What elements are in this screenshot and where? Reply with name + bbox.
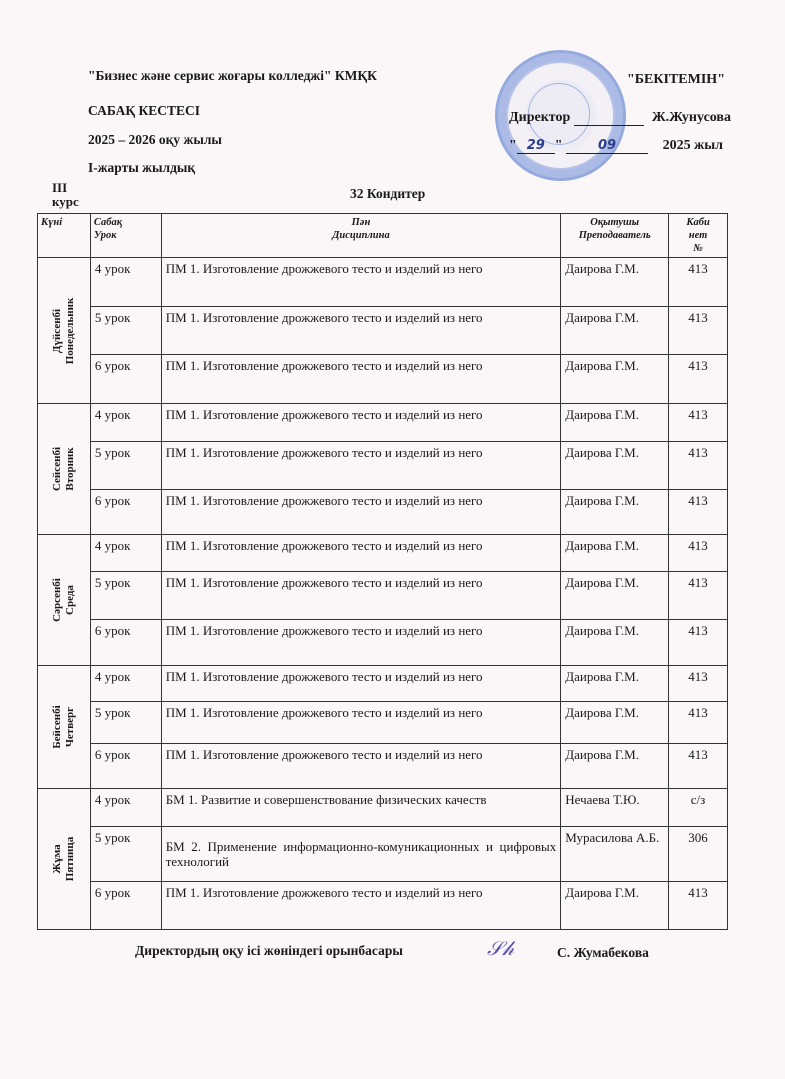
semester: І-жарты жылдық [88,160,195,176]
room-cell: 306 [669,827,728,882]
subject-cell: ПМ 1. Изготовление дрожжевого тесто и из… [161,666,561,702]
table-row: 6 урокПМ 1. Изготовление дрожжевого тест… [38,744,728,789]
teacher-cell: Даирова Г.М. [561,572,669,620]
day-label: СейсенбіВторник [51,447,77,491]
subject-cell: БМ 1. Развитие и совершенствование физич… [161,789,561,827]
day-cell: ЖұмаПятница [38,789,91,930]
room-cell: 413 [669,442,728,490]
college-name: "Бизнес және сервис жоғары колледжі" КМҚ… [88,68,377,84]
teacher-cell: Даирова Г.М. [561,702,669,744]
director-name: Ж.Жунусова [652,110,731,126]
schedule-table: Күні СабақУрок ПәнДисциплина ОқытушыПреп… [37,213,728,930]
day-label: БейсенбіЧетверг [51,705,77,748]
teacher-cell: Даирова Г.М. [561,744,669,789]
approval-month: 09 [566,138,648,154]
subject-cell: ПМ 1. Изготовление дрожжевого тесто и из… [161,355,561,404]
teacher-cell: Даирова Г.М. [561,258,669,307]
subject-cell: ПМ 1. Изготовление дрожжевого тесто и из… [161,744,561,789]
subject-cell: ПМ 1. Изготовление дрожжевого тесто и из… [161,442,561,490]
room-cell: 413 [669,404,728,442]
col-lesson: СабақУрок [90,214,161,258]
room-cell: 413 [669,572,728,620]
day-label: СәрсенбіСреда [51,578,77,622]
subject-cell: ПМ 1. Изготовление дрожжевого тесто и из… [161,258,561,307]
room-cell: 413 [669,882,728,930]
lesson-number-cell: 6 урок [90,355,161,404]
teacher-cell: Даирова Г.М. [561,535,669,572]
approval-date: "29" 09 2025 жыл [509,138,723,154]
day-cell: БейсенбіЧетверг [38,666,91,789]
teacher-cell: Даирова Г.М. [561,620,669,666]
approval-year: 2025 жыл [663,138,723,154]
document-title: САБАҚ КЕСТЕСІ [88,103,200,119]
day-cell: СейсенбіВторник [38,404,91,535]
table-row: 6 урокПМ 1. Изготовление дрожжевого тест… [38,882,728,930]
quote-close: " [555,138,563,153]
day-label: ДүйсенбіПонедельник [51,297,77,364]
lesson-number-cell: 5 урок [90,572,161,620]
table-row: 6 урокПМ 1. Изготовление дрожжевого тест… [38,490,728,535]
lesson-number-cell: 6 урок [90,490,161,535]
quote-open: " [509,138,517,153]
lesson-number-cell: 4 урок [90,666,161,702]
director-label: Директор [509,110,570,125]
subject-cell: ПМ 1. Изготовление дрожжевого тесто и из… [161,882,561,930]
subject-cell: ПМ 1. Изготовление дрожжевого тесто и из… [161,535,561,572]
director-signature-line: Директор Ж.Жунусова [509,110,731,126]
footer-role: Директордың оқу ісі жөніндегі орынбасары [135,943,403,959]
lesson-number-cell: 4 урок [90,258,161,307]
lesson-number-cell: 4 урок [90,404,161,442]
subject-cell: БМ 2. Применение информационно-комуникац… [161,827,561,882]
teacher-cell: Даирова Г.М. [561,355,669,404]
academic-year: 2025 – 2026 оқу жылы [88,132,222,148]
lesson-number-cell: 6 урок [90,882,161,930]
approval-day: 29 [517,138,555,154]
table-row: 5 урокПМ 1. Изготовление дрожжевого тест… [38,442,728,490]
group-name: 32 Кондитер [350,186,425,202]
approval-title: "БЕКІТЕМІН" [627,72,725,88]
room-cell: 413 [669,535,728,572]
teacher-cell: Даирова Г.М. [561,442,669,490]
lesson-number-cell: 5 урок [90,307,161,355]
room-cell: 413 [669,702,728,744]
day-cell: СәрсенбіСреда [38,535,91,666]
signature-underline [574,113,644,126]
lesson-number-cell: 6 урок [90,744,161,789]
table-row: СейсенбіВторник4 урокПМ 1. Изготовление … [38,404,728,442]
table-row: БейсенбіЧетверг4 урокПМ 1. Изготовление … [38,666,728,702]
lesson-number-cell: 5 урок [90,702,161,744]
room-cell: 413 [669,490,728,535]
subject-cell: ПМ 1. Изготовление дрожжевого тесто и из… [161,490,561,535]
teacher-cell: Нечаева Т.Ю. [561,789,669,827]
subject-cell: ПМ 1. Изготовление дрожжевого тесто и из… [161,620,561,666]
table-header-row: Күні СабақУрок ПәнДисциплина ОқытушыПреп… [38,214,728,258]
room-cell: 413 [669,620,728,666]
teacher-cell: Даирова Г.М. [561,666,669,702]
table-row: 5 урокПМ 1. Изготовление дрожжевого тест… [38,307,728,355]
footer-name: С. Жумабекова [557,945,649,961]
day-cell: ДүйсенбіПонедельник [38,258,91,404]
lesson-number-cell: 6 урок [90,620,161,666]
col-subject: ПәнДисциплина [161,214,561,258]
signature-icon: 𝒮𝒽 [487,936,514,960]
table-row: СәрсенбіСреда4 урокПМ 1. Изготовление др… [38,535,728,572]
room-cell: 413 [669,307,728,355]
room-cell: 413 [669,744,728,789]
table-row: 5 урокБМ 2. Применение информационно-ком… [38,827,728,882]
lesson-number-cell: 4 урок [90,535,161,572]
room-cell: 413 [669,666,728,702]
teacher-cell: Даирова Г.М. [561,882,669,930]
subject-cell: ПМ 1. Изготовление дрожжевого тесто и из… [161,572,561,620]
col-room: Кабинет№ [669,214,728,258]
lesson-number-cell: 4 урок [90,789,161,827]
col-teacher: ОқытушыПреподаватель [561,214,669,258]
day-label: ЖұмаПятница [51,837,77,881]
table-row: ДүйсенбіПонедельник4 урокПМ 1. Изготовле… [38,258,728,307]
table-row: ЖұмаПятница4 урокБМ 1. Развитие и соверш… [38,789,728,827]
room-cell: 413 [669,258,728,307]
teacher-cell: Даирова Г.М. [561,490,669,535]
lesson-number-cell: 5 урок [90,442,161,490]
table-row: 5 урокПМ 1. Изготовление дрожжевого тест… [38,702,728,744]
table-row: 5 урокПМ 1. Изготовление дрожжевого тест… [38,572,728,620]
subject-cell: ПМ 1. Изготовление дрожжевого тесто и из… [161,702,561,744]
course-label: III курс [52,181,82,209]
col-day: Күні [38,214,91,258]
room-cell: с/з [669,789,728,827]
lesson-number-cell: 5 урок [90,827,161,882]
teacher-cell: Мурасилова А.Б. [561,827,669,882]
subject-cell: ПМ 1. Изготовление дрожжевого тесто и из… [161,307,561,355]
subject-cell: ПМ 1. Изготовление дрожжевого тесто и из… [161,404,561,442]
table-row: 6 урокПМ 1. Изготовление дрожжевого тест… [38,355,728,404]
room-cell: 413 [669,355,728,404]
teacher-cell: Даирова Г.М. [561,307,669,355]
table-row: 6 урокПМ 1. Изготовление дрожжевого тест… [38,620,728,666]
teacher-cell: Даирова Г.М. [561,404,669,442]
